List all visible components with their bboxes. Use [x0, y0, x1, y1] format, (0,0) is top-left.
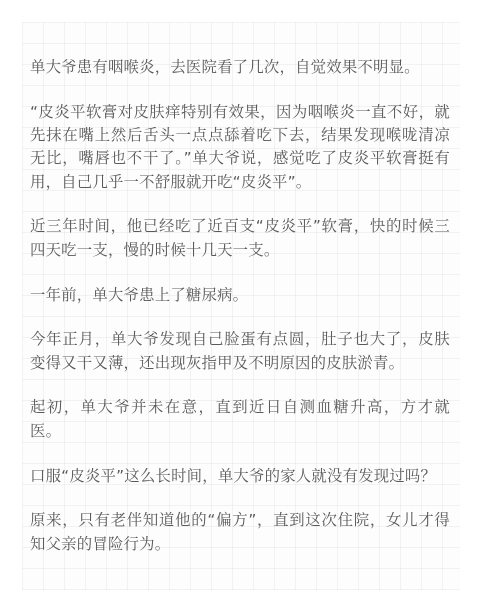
paragraph-3: 近三年时间，他已经吃了近百支“皮炎平”软膏，快的时候三四天吃一支，慢的时候十几天… [30, 215, 450, 262]
paragraph-6: 起初，单大爷并未在意，直到近日自测血糖升高，方才就医。 [30, 396, 450, 443]
paragraph-2: “皮炎平软膏对皮肤痒特别有效果，因为咽喉炎一直不好，就先抹在嘴上然后舌头一点点舔… [30, 101, 450, 194]
paragraph-1: 单大爷患有咽喉炎，去医院看了几次，自觉效果不明显。 [30, 56, 450, 79]
paragraph-8: 原来，只有老伴知道他的“偏方”，直到这次住院，女儿才得知父亲的冒险行为。 [30, 509, 450, 556]
article-body: 单大爷患有咽喉炎，去医院看了几次，自觉效果不明显。 “皮炎平软膏对皮肤痒特别有效… [30, 56, 450, 577]
paragraph-7: 口服“皮炎平”这么长时间，单大爷的家人就没有发现过吗？ [30, 465, 450, 488]
paragraph-5: 今年正月，单大爷发现自己脸蛋有点圆，肚子也大了，皮肤变得又干又薄，还出现灰指甲及… [30, 328, 450, 375]
paragraph-4: 一年前，单大爷患上了糖尿病。 [30, 284, 450, 307]
